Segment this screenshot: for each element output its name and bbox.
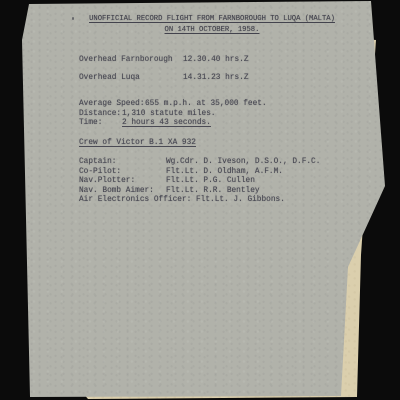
stat-value-underlined: 2 hours 43 seconds. <box>122 119 211 129</box>
crew-row-nav-bomb-aimer: Nav. Bomb Aimer: Flt.Lt. R.R. Bentley <box>75 187 375 225</box>
timing-label: Overhead Farnborough <box>79 56 173 66</box>
crew-row-air-electronics-officer: Air Electronics Officer: Flt.Lt. J. Gibb… <box>79 196 379 206</box>
stat-value: 655 m.p.h. at 35,000 feet. <box>145 100 267 110</box>
crew-section-heading: Crew of Victor B.1 XA 932 <box>79 139 379 149</box>
typed-document-sheet: UNOFFICIAL RECORD FLIGHT FROM FARNBOROUG… <box>22 0 386 400</box>
timing-label: Overhead Luqa <box>79 74 140 84</box>
photo-background: UNOFFICIAL RECORD FLIGHT FROM FARNBOROUG… <box>0 0 400 400</box>
stat-label: Time: <box>79 119 102 129</box>
crew-role-label: Nav.Plotter: <box>79 177 135 187</box>
crew-name: Wg.Cdr. D. Iveson, D.S.O., D.F.C. <box>166 158 320 168</box>
typed-content: UNOFFICIAL RECORD FLIGHT FROM FARNBOROUG… <box>75 0 375 400</box>
document-title-line1: UNOFFICIAL RECORD FLIGHT FROM FARNBOROUG… <box>81 15 343 25</box>
document-title-line2: ON 14TH OCTOBER, 1958. <box>81 26 343 36</box>
stat-label: Average Speed: <box>79 100 145 110</box>
timing-value: 12.30.40 hrs.Z <box>183 56 249 66</box>
crew-name: Flt.Lt. P.G. Cullen <box>166 177 255 187</box>
crew-role-label: Captain: <box>79 158 116 168</box>
timing-value: 14.31.23 hrs.Z <box>183 74 249 84</box>
ink-speck <box>72 17 74 20</box>
